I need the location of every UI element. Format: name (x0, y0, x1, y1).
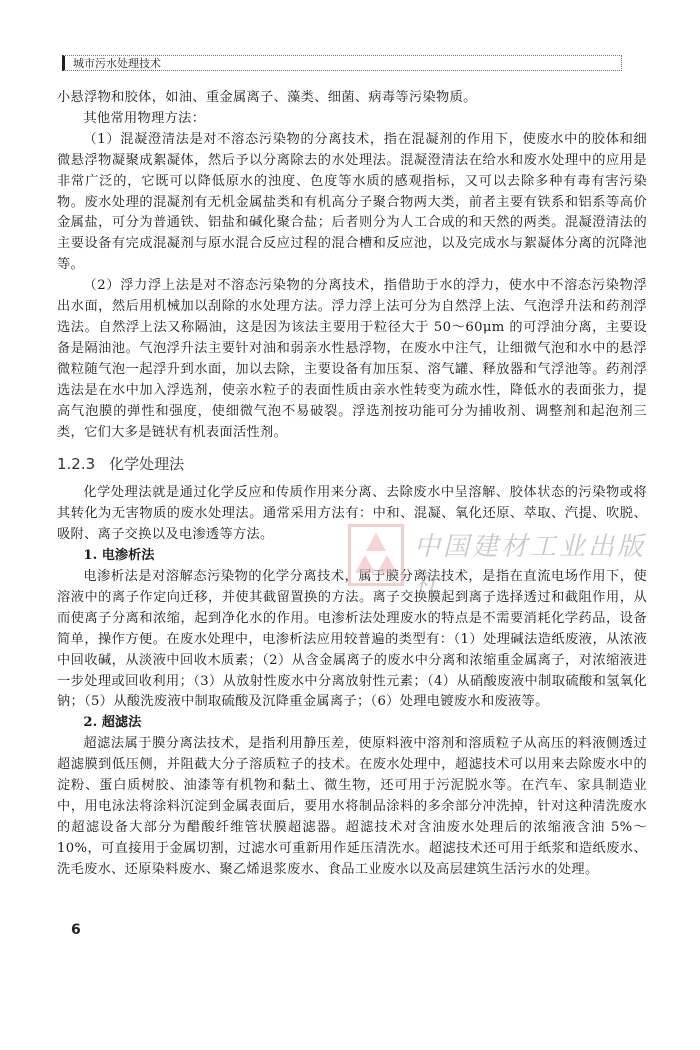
section-title: 化学处理法 (109, 455, 184, 473)
section-number: 1.2.3 (57, 455, 95, 473)
running-header: 城市污水处理技术 (62, 55, 622, 71)
subsection-heading-electrodialysis: 1. 电渗析法 (57, 546, 647, 567)
paragraph-coagulation: （1）混凝澄清法是对不溶态污染物的分离技术，指在混凝剂的作用下，使废水中的胶体和… (57, 130, 647, 276)
subsection-body-ultrafiltration: 超滤法属于膜分离法技术，是指利用静压差，使原料液中溶剂和溶质粒子从高压的料液侧透… (57, 734, 647, 880)
subsection-heading-ultrafiltration: 2. 超滤法 (57, 713, 647, 734)
section-intro: 化学处理法就是通过化学反应和传质作用来分离、去除废水中呈溶解、胶体状态的污染物或… (57, 483, 647, 546)
section-heading: 1.2.3化学处理法 (57, 453, 647, 475)
page-content: 小悬浮物和胶体，如油、重金属离子、藻类、细菌、病毒等污染物质。 其他常用物理方法… (57, 88, 647, 881)
book-page: 城市污水处理技术 小悬浮物和胶体，如油、重金属离子、藻类、细菌、病毒等污染物质。… (0, 0, 700, 1050)
paragraph-flotation: （2）浮力浮上法是对不溶态污染物的分离技术，指借助于水的浮力，使水中不溶态污染物… (57, 276, 647, 443)
paragraph-continued: 小悬浮物和胶体，如油、重金属离子、藻类、细菌、病毒等污染物质。 (57, 88, 647, 109)
page-number: 6 (71, 922, 81, 938)
paragraph-other-methods: 其他常用物理方法： (57, 109, 647, 130)
subsection-body-electrodialysis: 电渗析法是对溶解态污染物的化学分离技术，属于膜分离法技术，是指在直流电场作用下，… (57, 567, 647, 713)
